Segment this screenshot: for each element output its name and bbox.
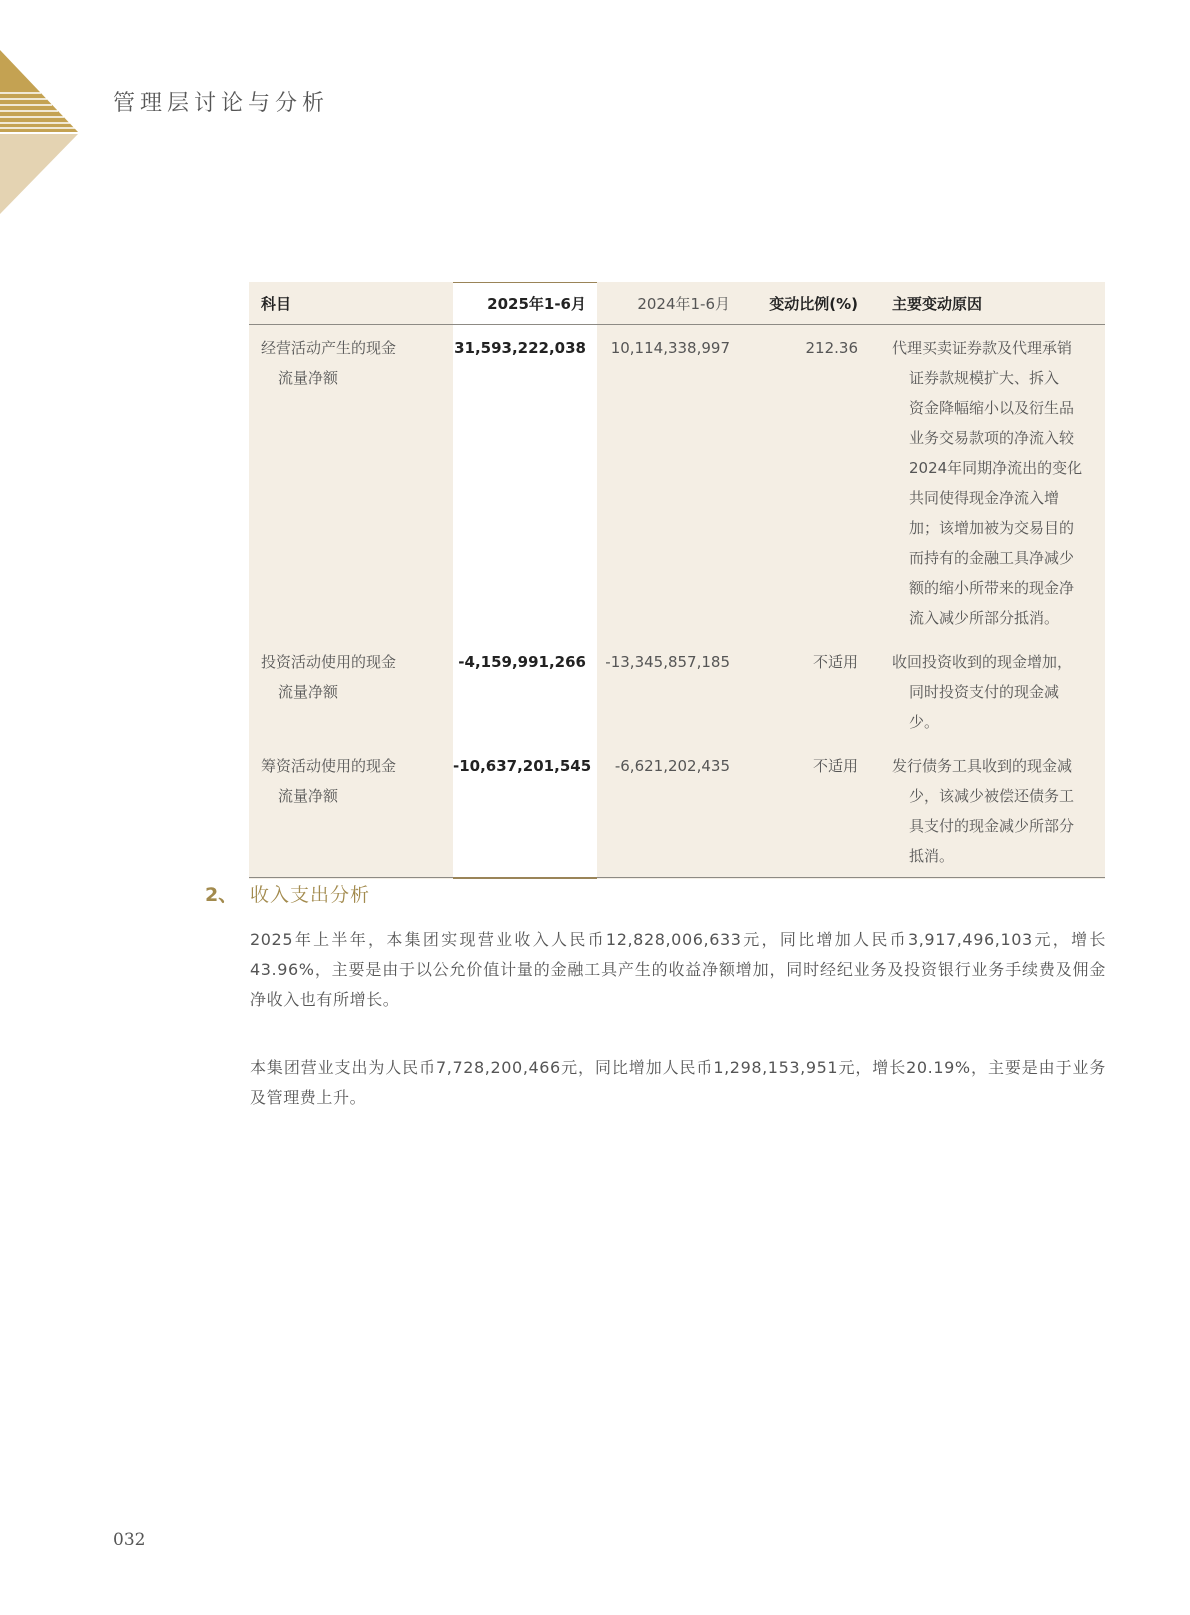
reason-line: 证券款规模扩大、拆入	[909, 363, 1105, 393]
cash-flow-table: 科目 2025年1-6月 2024年1-6月 变动比例(%) 主要变动原因 经营…	[249, 282, 1105, 879]
reason-line: 而持有的金融工具净减少	[909, 543, 1105, 573]
section-title: 收入支出分析	[250, 884, 370, 906]
reason-line: 少。	[909, 707, 1105, 737]
value-2024: -6,621,202,435	[597, 743, 730, 878]
change-pct: 不适用	[730, 639, 870, 743]
reason-line: 发行债务工具收到的现金减	[892, 751, 1105, 781]
reason-line: 加；该增加被为交易目的	[909, 513, 1105, 543]
row-item-line2: 流量净额	[261, 677, 453, 707]
table-header-row: 科目 2025年1-6月 2024年1-6月 变动比例(%) 主要变动原因	[249, 283, 1105, 325]
column-header-2024: 2024年1-6月	[597, 283, 730, 325]
value-2024: 10,114,338,997	[597, 325, 730, 640]
table-row: 筹资活动使用的现金 流量净额 -10,637,201,545 -6,621,20…	[249, 743, 1105, 878]
reason-line: 代理买卖证券款及代理承销	[892, 333, 1105, 363]
row-item-line2: 流量净额	[261, 363, 453, 393]
table-row: 经营活动产生的现金 流量净额 31,593,222,038 10,114,338…	[249, 325, 1105, 640]
change-reason: 发行债务工具收到的现金减 少，该减少被偿还债务工 具支付的现金减少所部分 抵消。	[870, 743, 1105, 878]
reason-line: 具支付的现金减少所部分	[909, 811, 1105, 841]
row-item: 筹资活动使用的现金 流量净额	[249, 743, 453, 878]
row-item-line1: 经营活动产生的现金	[261, 339, 396, 357]
value-2025: 31,593,222,038	[453, 325, 597, 640]
change-reason: 收回投资收到的现金增加， 同时投资支付的现金减 少。	[870, 639, 1105, 743]
column-header-change-pct: 变动比例(%)	[730, 283, 870, 325]
reason-line: 资金降幅缩小以及衍生品	[909, 393, 1105, 423]
change-pct: 不适用	[730, 743, 870, 878]
reason-line: 共同使得现金净流入增	[909, 483, 1105, 513]
expense-paragraph: 本集团营业支出为人民币7,728,200,466元，同比增加人民币1,298,1…	[250, 1053, 1106, 1113]
column-header-reason: 主要变动原因	[870, 283, 1105, 325]
row-item-line2: 流量净额	[261, 781, 453, 811]
value-2025: -4,159,991,266	[453, 639, 597, 743]
value-2025: -10,637,201,545	[453, 743, 597, 878]
section-heading: 2、收入支出分析	[205, 880, 370, 907]
page-number: 032	[113, 1530, 145, 1550]
reason-line: 少，该减少被偿还债务工	[909, 781, 1105, 811]
reason-line: 抵消。	[909, 841, 1105, 871]
row-item-line1: 筹资活动使用的现金	[261, 757, 396, 775]
column-header-2025: 2025年1-6月	[453, 283, 597, 325]
section-number: 2、	[205, 880, 250, 907]
value-2024: -13,345,857,185	[597, 639, 730, 743]
change-pct: 212.36	[730, 325, 870, 640]
revenue-paragraph: 2025年上半年，本集团实现营业收入人民币12,828,006,633元，同比增…	[250, 925, 1106, 1015]
reason-line: 额的缩小所带来的现金净	[909, 573, 1105, 603]
column-header-item: 科目	[249, 283, 453, 325]
corner-triangle-decoration	[0, 50, 80, 214]
row-item: 经营活动产生的现金 流量净额	[249, 325, 453, 640]
page-title: 管理层讨论与分析	[113, 86, 329, 117]
reason-line: 收回投资收到的现金增加，	[892, 647, 1105, 677]
reason-line: 同时投资支付的现金减	[909, 677, 1105, 707]
row-item-line1: 投资活动使用的现金	[261, 653, 396, 671]
table-row: 投资活动使用的现金 流量净额 -4,159,991,266 -13,345,85…	[249, 639, 1105, 743]
change-reason: 代理买卖证券款及代理承销 证券款规模扩大、拆入 资金降幅缩小以及衍生品 业务交易…	[870, 325, 1105, 640]
row-item: 投资活动使用的现金 流量净额	[249, 639, 453, 743]
reason-line: 业务交易款项的净流入较	[909, 423, 1105, 453]
reason-line: 2024年同期净流出的变化	[909, 453, 1105, 483]
reason-line: 流入减少所部分抵消。	[909, 603, 1105, 633]
